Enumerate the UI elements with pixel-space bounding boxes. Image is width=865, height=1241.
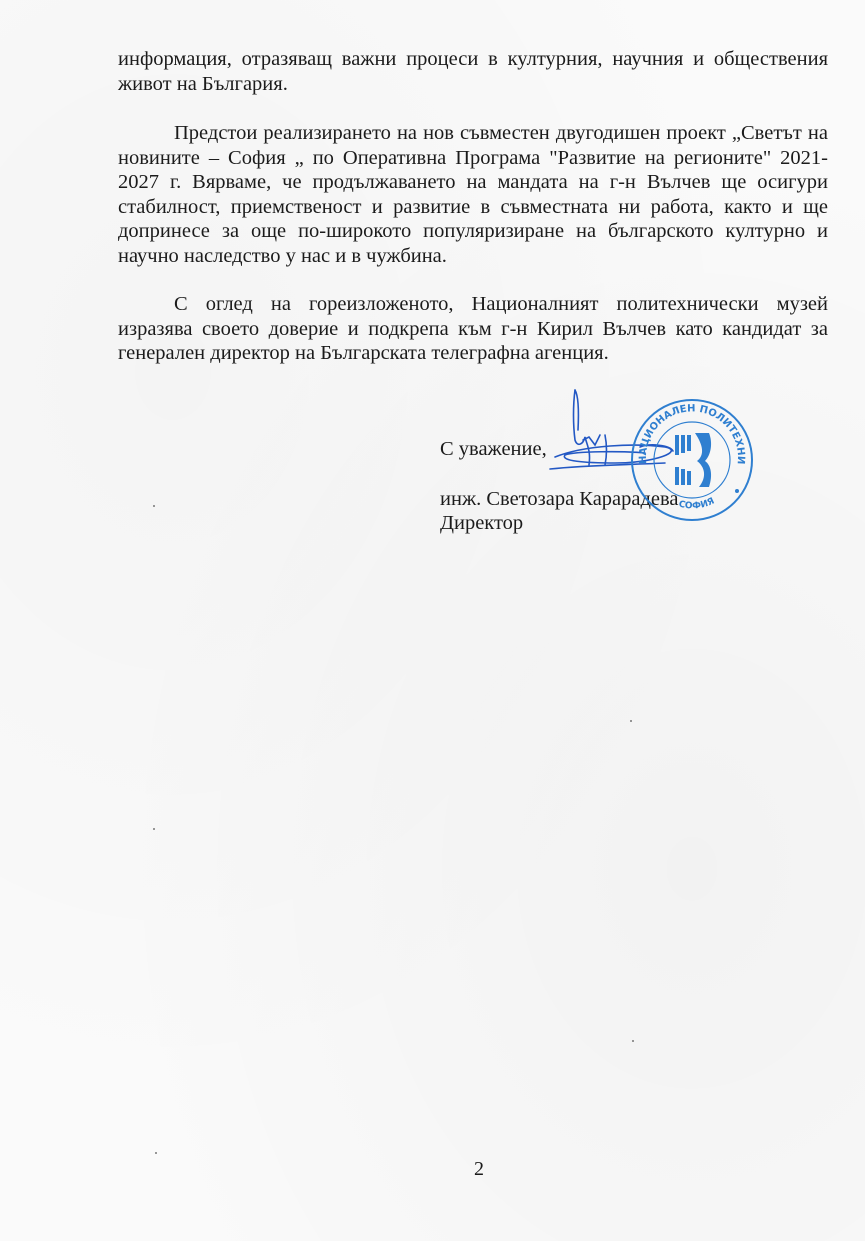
svg-text:СОФИЯ: СОФИЯ [678,496,717,511]
scan-speck [153,505,155,507]
scanned-letter-page: информация, отразяващ важни процеси в ку… [0,0,865,1241]
page-number: 2 [474,1158,484,1181]
paragraph-continuation: информация, отразяващ важни процеси в ку… [118,47,828,96]
scan-speck [632,1040,634,1042]
scan-speck [630,720,632,722]
scan-speck [155,1152,157,1154]
paragraph-endorsement: С оглед на гореизложеното, Националният … [118,292,828,366]
signer-title: Директор [440,511,523,535]
scan-speck [153,828,155,830]
svg-text:НАЦИОНАЛЕН ПОЛИТЕХНИЧЕСКИ МУЗЕ: НАЦИОНАЛЕН ПОЛИТЕХНИЧЕСКИ МУЗЕЙ [625,395,746,465]
closing-salutation: С уважение, [440,437,547,461]
paragraph-project: Предстои реализирането на нов съвместен … [118,121,828,269]
museum-stamp-icon: НАЦИОНАЛЕН ПОЛИТЕХНИЧЕСКИ МУЗЕЙ СОФИЯ [625,395,760,525]
